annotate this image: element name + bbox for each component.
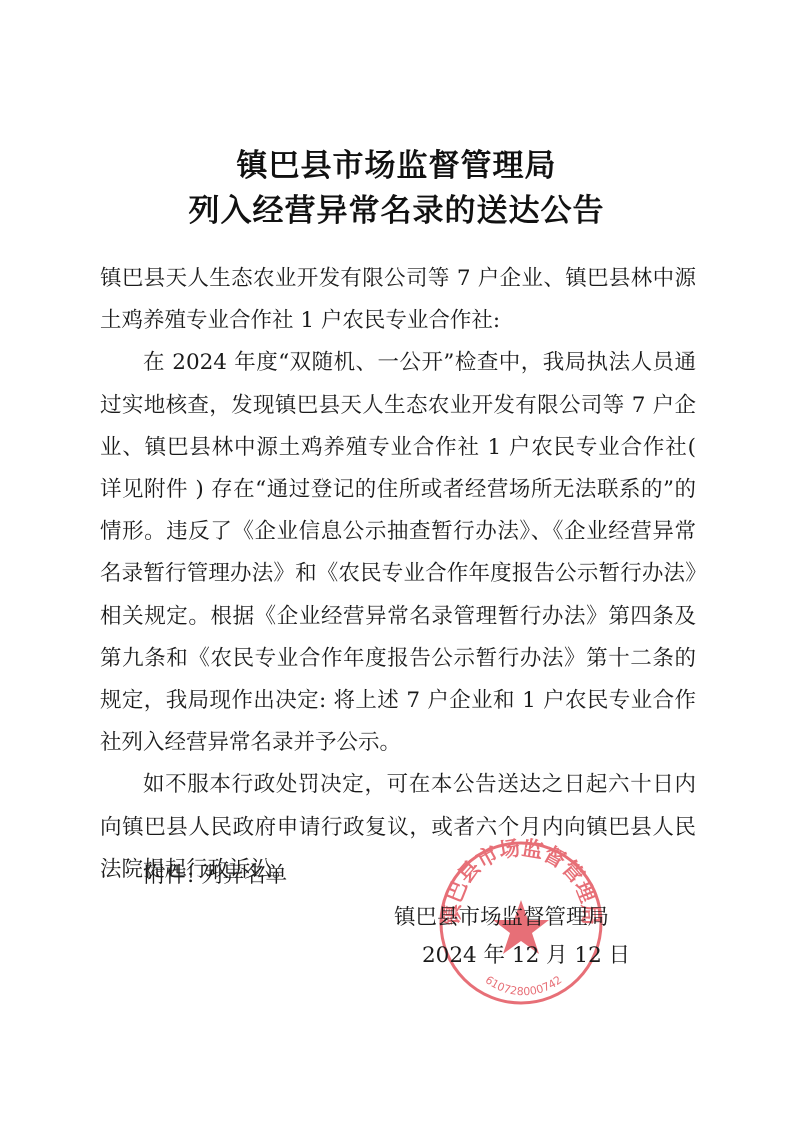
document-body: 镇巴县天人生态农业开发有限公司等 7 户企业、镇巴县林中源土鸡养殖专业合作社 1… xyxy=(100,258,696,891)
paragraph-decision: 在 2024 年度“双随机、一公开”检查中，我局执法人员通过实地核查，发现镇巴县… xyxy=(100,342,696,764)
svg-text:610728000742: 610728000742 xyxy=(483,973,565,998)
document-title-line1: 镇巴县市场监督管理局 xyxy=(0,140,793,185)
addressee: 镇巴县天人生态农业开发有限公司等 7 户企业、镇巴县林中源土鸡养殖专业合作社 1… xyxy=(100,258,696,342)
document-title-line2: 列入经营异常名录的送达公告 xyxy=(0,185,793,230)
seal-code: 610728000742 xyxy=(483,973,565,998)
signature-organization: 镇巴县市场监督管理局 xyxy=(394,900,609,931)
attachment-line: 附件: 列异名单 xyxy=(144,858,287,889)
signature-date: 2024 年 12 月 12 日 xyxy=(422,938,630,969)
